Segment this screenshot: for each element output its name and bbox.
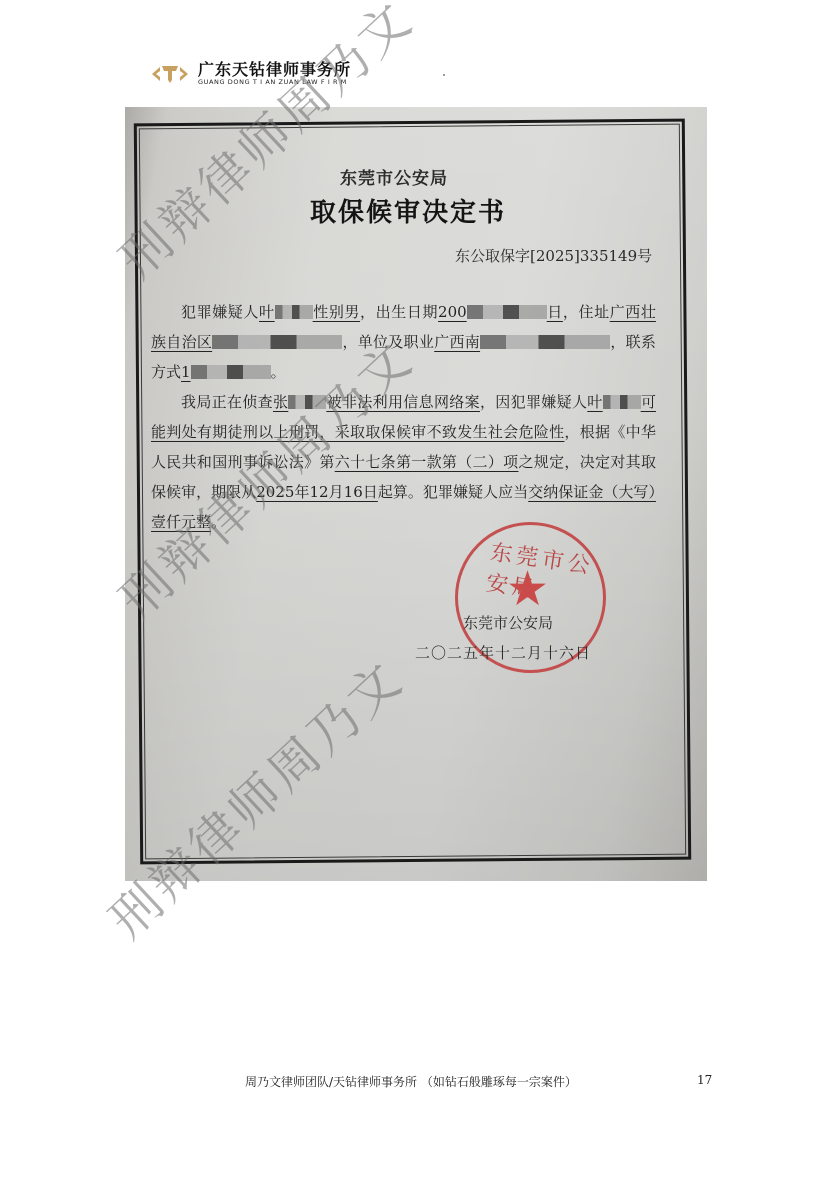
suspect-name: 叶性别男 [259, 303, 360, 321]
date-of-birth: 200日 [438, 303, 563, 321]
redaction [603, 395, 641, 409]
footer-text: 周乃文律师团队/天钻律师事务所 （如钻石般雕琢每一宗案件） [245, 1073, 577, 1090]
article: 六十七条第一款第（二）项 [335, 453, 519, 471]
suspect-name-2: 叶 [587, 393, 640, 411]
issuer: 东莞市公安局 [340, 164, 448, 189]
employer: 广西南 [434, 333, 610, 351]
star-icon: ★ [506, 565, 549, 613]
redaction [467, 305, 547, 319]
signature-org: 东莞市公安局 [463, 612, 553, 633]
document-title: 取保候审决定书 [310, 192, 506, 229]
page-number: 17 [697, 1073, 712, 1087]
diamond-t-logo-icon [148, 63, 192, 85]
signature-date: 二〇二五年十二月十六日 [415, 642, 591, 663]
redaction [480, 335, 610, 349]
stray-dot [443, 74, 445, 76]
redaction [212, 335, 342, 349]
redaction [191, 365, 271, 379]
document-number: 东公取保字[2025]335149号 [455, 245, 652, 266]
contact-number: 1 [181, 363, 271, 381]
redaction [275, 305, 313, 319]
